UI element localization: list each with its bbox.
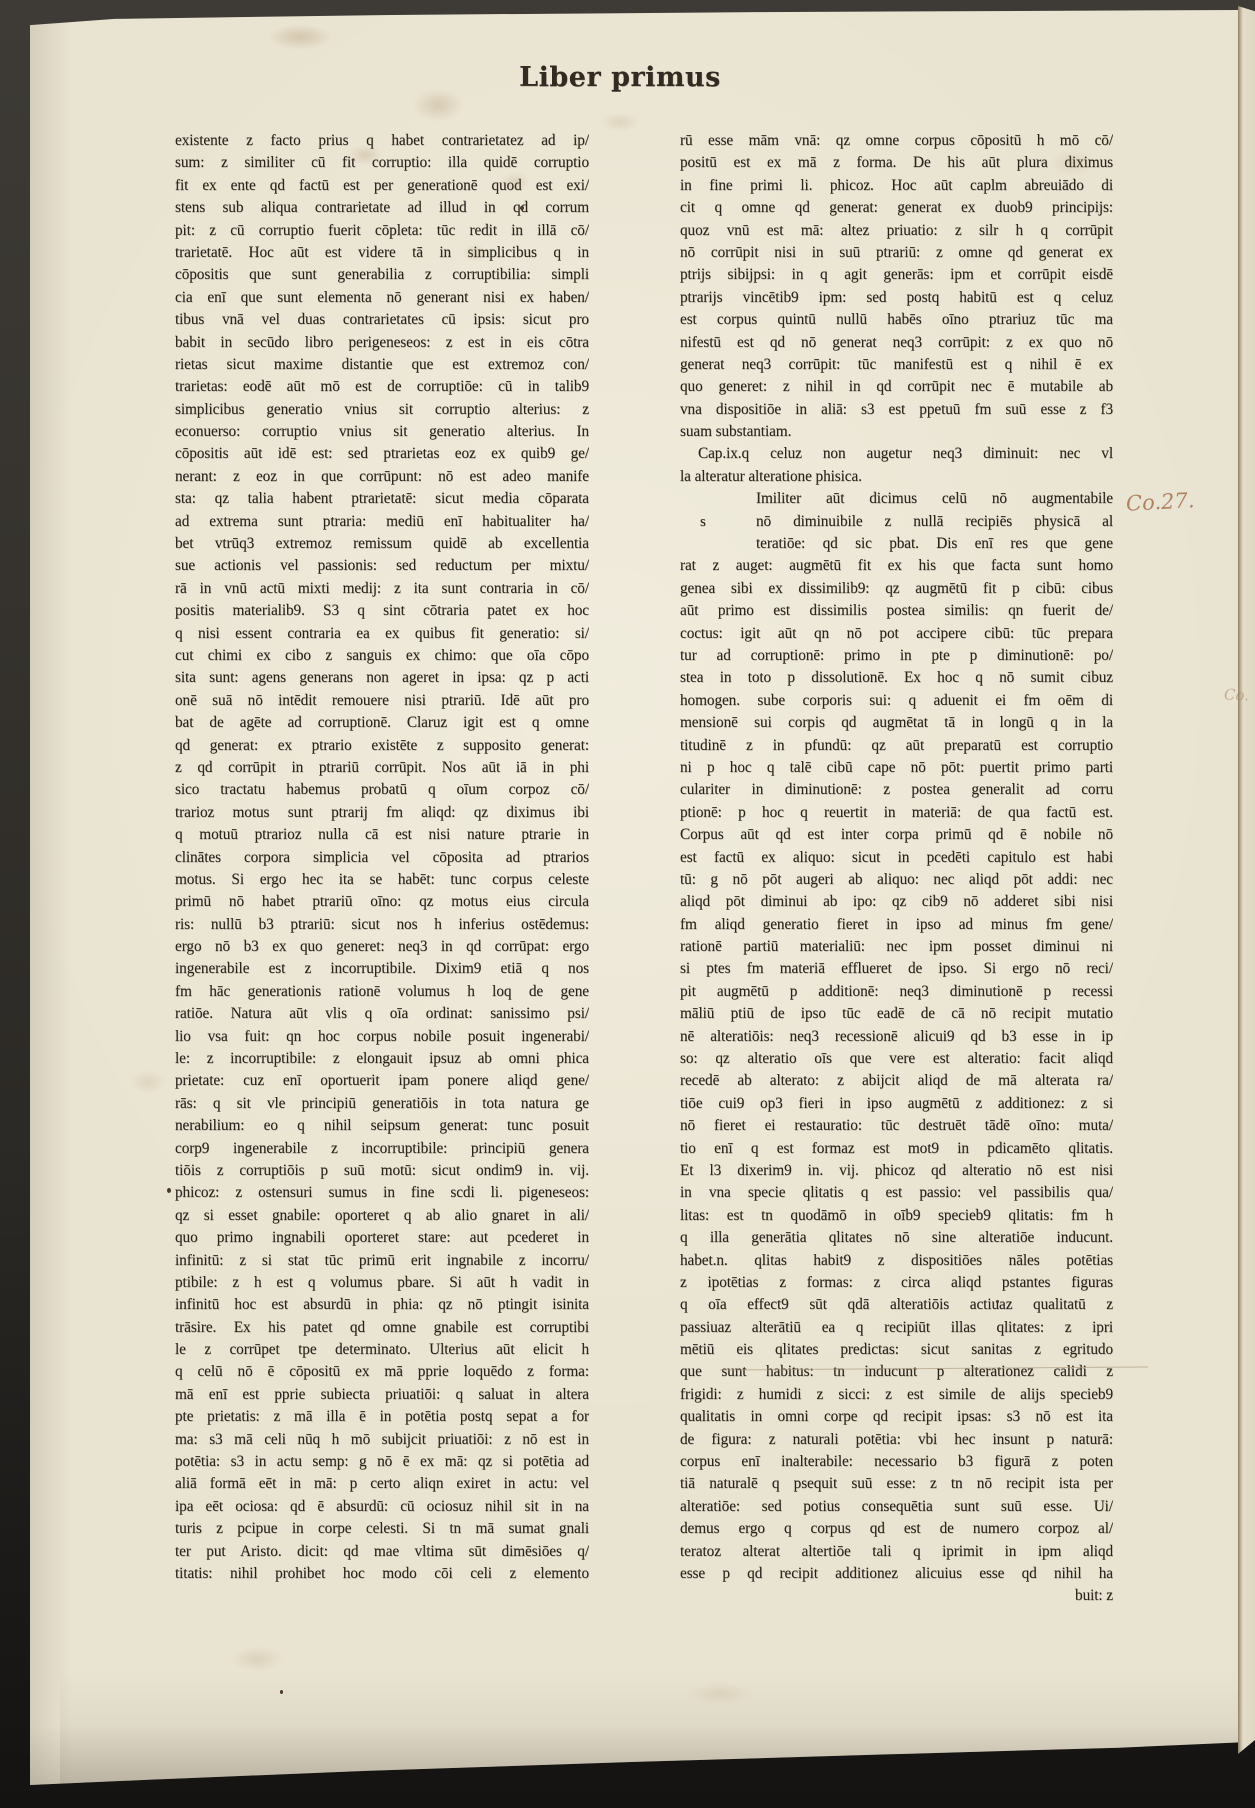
text-line: nerant: z eoz in que corrūpunt: nō est a… xyxy=(175,466,589,488)
text-line: generat neq3 corrūpit: tūc manifestū est… xyxy=(680,354,1113,376)
text-line: simplicibus generatio vnius sit corrupti… xyxy=(175,399,589,421)
text-line: trāsire. Ex his patet qd omne gnabile es… xyxy=(175,1317,589,1339)
text-line: alteratiōe: sed potius consequētia sunt … xyxy=(680,1496,1113,1518)
text-line: qualitatis in omni corpe qd recipit ipsa… xyxy=(680,1406,1113,1428)
text-line: pte prietatis: z mā illa ē in potētia po… xyxy=(175,1406,589,1428)
text-line: infinitū: z si stat tūc primū erit ingna… xyxy=(175,1250,589,1272)
text-line: ni p hoc q talē cibū cape nō pōt: puerti… xyxy=(680,757,1113,779)
text-line: recedē ab alterato: z abijcit aliqd de m… xyxy=(680,1070,1113,1092)
text-line: in vna specie qlitatis q est passio: vel… xyxy=(680,1182,1113,1204)
text-line: tio enī q est formaz est mot9 in pdicamē… xyxy=(680,1138,1113,1160)
text-line: nō fieret ei restauratio: tūc destruēt t… xyxy=(680,1115,1113,1137)
text-line: tiā naturalē q psequit suū esse: z tn nō… xyxy=(680,1473,1113,1495)
text-line: tur ad corruptionē: primo in pte p dimin… xyxy=(680,645,1113,667)
text-line: positis materialib9. S3 q sint cōtraria … xyxy=(175,600,589,622)
paragraph-end-line: suam substantiam. xyxy=(680,421,1113,443)
text-column-right: rū esse mām vnā: qz omne corpus cōpositū… xyxy=(680,130,1113,1608)
text-line: prietate: cuz enī oportuerit ipam ponere… xyxy=(175,1070,589,1092)
text-line: ris: nullū b3 ptrariū: sicut nos h infer… xyxy=(175,914,589,936)
text-line: q motuū ptrarioz nulla cā est nisi natur… xyxy=(175,824,589,846)
text-line: phicoz: z ostensuri sumus in fine scdi l… xyxy=(175,1182,589,1204)
text-line: cut chimi ex cibo z sanguis ex chimo: qu… xyxy=(175,645,589,667)
text-line: ergo nō b3 ex quo generet: neq3 in qd co… xyxy=(175,936,589,958)
running-title: Liber primus xyxy=(490,62,750,93)
text-line: sum: z similiter cū fit corruptio: illa … xyxy=(175,152,589,174)
paragraph-block: Imiliter aūt dicimus celū nō augmentabil… xyxy=(756,488,1113,555)
page-bottom-shadow xyxy=(60,1670,1255,1800)
text-line: le: z incorruptibile: z elongauit ipsuz … xyxy=(175,1048,589,1070)
text-line: rā in vnū actū mixti medij: z ita sunt c… xyxy=(175,578,589,600)
text-line: stea in toto p dissolutionē. Ex hoc q nō… xyxy=(680,667,1113,689)
text-line: teratoz alterat altertiōe tali q iprimit… xyxy=(680,1541,1113,1563)
text-line: econuerso: corruptio vnius sit generatio… xyxy=(175,421,589,443)
text-line: Et l3 dixerim9 in. vij. phicoz qd altera… xyxy=(680,1160,1113,1182)
text-line: passiuaz alterātiū ea q recipiūt illas q… xyxy=(680,1317,1113,1339)
text-line: est factū ex aliquo: sicut in pcedēti ca… xyxy=(680,847,1113,869)
text-line: q nisi essent contraria ea ex quibus fit… xyxy=(175,623,589,645)
text-line: z qd corrūpit in ptrariū corrūpit. Nos a… xyxy=(175,757,589,779)
text-line: fm hāc generationis rationē volumus h lo… xyxy=(175,981,589,1003)
text-line: est corpus quintū nullū habēs oīno ptrar… xyxy=(680,309,1113,331)
text-line: de figura: z naturali potētia: vbi hec i… xyxy=(680,1429,1113,1451)
initial-guide-letter: s xyxy=(700,514,706,531)
text-line: mā enī est pprie subiecta priuatiōi: q s… xyxy=(175,1384,589,1406)
text-line: bat de agēte ad corruptionē. Claruz igit… xyxy=(175,712,589,734)
text-line: q oīa effect9 sūt qdā alteratiōis actiua… xyxy=(680,1294,1113,1316)
text-line: māliū ptiū de ipso tūc eadē de cā nō rec… xyxy=(680,1003,1113,1025)
text-line: litas: est tn quodāmō in oīb9 specieb9 q… xyxy=(680,1205,1113,1227)
text-line: q celū nō ē cōpositū ex mā pprie loquēdo… xyxy=(175,1361,589,1383)
text-line: demus ergo q corpus qd est de numero cor… xyxy=(680,1518,1113,1540)
catchword-line: buit: z xyxy=(680,1585,1113,1607)
text-line: tiōe cui9 op3 fieri in ipso augmētū z ad… xyxy=(680,1093,1113,1115)
text-line: tiōis z corruptiōis p suū motū: sicut on… xyxy=(175,1160,589,1182)
text-line: onē suā nō intēdit remouere nisi ptrariū… xyxy=(175,690,589,712)
text-line: ingenerabile est z incorruptibile. Dixim… xyxy=(175,958,589,980)
text-line: teratiōe: qd sic pbat. Dis enī res que g… xyxy=(756,533,1113,555)
text-line: cōpositis que sunt generabilia z corrupt… xyxy=(175,264,589,286)
text-line: nē alteratiōis: neq3 recessionē alicui9 … xyxy=(680,1026,1113,1048)
text-line: turis z pcipue in corpe celesti. Si tn m… xyxy=(175,1518,589,1540)
text-line: ptibile: z h est q volumus pbare. Si aūt… xyxy=(175,1272,589,1294)
text-line: trarietas: eodē aūt mō est de corruptiōe… xyxy=(175,376,589,398)
text-line: motus. Si ergo hec ita se habēt: tunc co… xyxy=(175,869,589,891)
text-line: pit: z cū corruptio fuerit cōpleta: tūc … xyxy=(175,220,589,242)
text-line: titatis: nihil prohibet hoc modo cōi cel… xyxy=(175,1563,589,1585)
handwritten-marginalia: Co.27. xyxy=(1125,488,1195,516)
text-line: positū est ex mā z forma. De his aūt plu… xyxy=(680,152,1113,174)
text-line: fit ex ente qd factū est per generationē… xyxy=(175,175,589,197)
paragraph-block: existente z facto prius q habet contrari… xyxy=(175,130,589,1585)
text-line: nerabilium: eo q nihil seipsum generat: … xyxy=(175,1115,589,1137)
text-line: mensionē sui corpis qd augmētat tā in lo… xyxy=(680,712,1113,734)
text-line: rietas sicut maxime distantie que est ex… xyxy=(175,354,589,376)
text-line: quo primo ingnabili oporteret stare: aut… xyxy=(175,1227,589,1249)
text-line: aliqd pōt diminui ab ipo: qz cib9 nō add… xyxy=(680,891,1113,913)
chapter-heading-line: la alteratur alteratione phisica. xyxy=(680,466,1113,488)
text-line: bet vtrūq3 extremoz remissum quidē ab ex… xyxy=(175,533,589,555)
text-line: sta: qz talia habent ptrarietatē: sicut … xyxy=(175,488,589,510)
text-line: ptrijs sibijpsi: in q agit generās: ipm … xyxy=(680,264,1113,286)
text-line: aliā formā eēt in mā: p certo aliqn exir… xyxy=(175,1473,589,1495)
text-line: rū esse mām vnā: qz omne corpus cōpositū… xyxy=(680,130,1113,152)
text-line: cōpositis aūt idē est: sed ptrarietas eo… xyxy=(175,443,589,465)
text-line: babit in secūdo libro perigeneseos: z es… xyxy=(175,332,589,354)
text-line: Imiliter aūt dicimus celū nō augmentabil… xyxy=(756,488,1113,510)
text-line: lio vsa fuit: qn hoc corpus nobile posui… xyxy=(175,1026,589,1048)
initial-letter-block: s Imiliter aūt dicimus celū nō augmentab… xyxy=(680,488,1113,555)
chapter-heading-line: Cap.ix.q celuz non augetur neq3 diminuit… xyxy=(680,443,1113,465)
text-line: coctus: igit aūt qn nō pot accipere cibū… xyxy=(680,623,1113,645)
text-line: rationē partiū materialiū: nec ipm posse… xyxy=(680,936,1113,958)
text-line: clinātes corpora simplicia vel cōposita … xyxy=(175,847,589,869)
text-line: trarioz motus sunt ptrarij fm aliqd: qz … xyxy=(175,802,589,824)
text-line: rās: q sit vle principiū generatiōis in … xyxy=(175,1093,589,1115)
text-line: nō corrūpit nisi in suū ptrariū: z omne … xyxy=(680,242,1113,264)
text-line: potētia: s3 in actu semp: g nō ē ex mā: … xyxy=(175,1451,589,1473)
text-line: le z corrūpet tpe determinato. Ulterius … xyxy=(175,1339,589,1361)
text-line: titudinē z in pfundū: qz aūt preparatū e… xyxy=(680,735,1113,757)
text-line: ad extrema sunt ptraria: mediū enī habit… xyxy=(175,511,589,533)
text-line: homogen. sube corporis sui: q aduenit ei… xyxy=(680,690,1113,712)
text-line: ter put Aristo. dicit: qd mae vltima sūt… xyxy=(175,1541,589,1563)
text-line: quoz vnū est mā: altez priuatio: z silr … xyxy=(680,220,1113,242)
text-line: aūt primo est dissimilis postea similis:… xyxy=(680,600,1113,622)
text-line: nifestū est qd nō generat neq3 corrūpit:… xyxy=(680,332,1113,354)
paragraph-block: rū esse mām vnā: qz omne corpus cōpositū… xyxy=(680,130,1113,421)
text-line: infinitū hoc est absurdū in phia: qz nō … xyxy=(175,1294,589,1316)
text-line: ptrarijs vincētib9 ipm: sed postq habitū… xyxy=(680,287,1113,309)
text-line: esse p qd recipit additionez alicuius es… xyxy=(680,1563,1113,1585)
text-line: sico tractatu habemus probatū q oīum cor… xyxy=(175,779,589,801)
text-line: tibus vnā vel duas contrarietates cū ips… xyxy=(175,309,589,331)
text-line: in fine primi li. phicoz. Hoc aūt caplm … xyxy=(680,175,1113,197)
text-line: ipa eēt ociosa: qd ē absurdū: cū ociosuz… xyxy=(175,1496,589,1518)
text-line: existente z facto prius q habet contrari… xyxy=(175,130,589,152)
text-line: habet.n. qlitas habit9 z dispositiōes nā… xyxy=(680,1250,1113,1272)
text-line: mētiū eis qlitates predictas: sicut sani… xyxy=(680,1339,1113,1361)
text-line: sita sunt: agens generans non ageret in … xyxy=(175,667,589,689)
text-line: que sunt habitus: tn inducunt p alterati… xyxy=(680,1361,1113,1383)
text-line: primū nō habet ptrariū oīno: qz motus ei… xyxy=(175,891,589,913)
paragraph-block: rat z auget: augmētū fit ex his que fact… xyxy=(680,555,1113,1585)
text-line: culariter in diminutionē: z postea gener… xyxy=(680,779,1113,801)
scan-background: Liber primus existente z facto prius q h… xyxy=(0,0,1255,1808)
text-column-left: existente z facto prius q habet contrari… xyxy=(175,130,589,1585)
text-line: cit q omne qd generat: generat ex duob9 … xyxy=(680,197,1113,219)
text-line: ratiōe. Natura aūt vlis q oīa ordinat: s… xyxy=(175,1003,589,1025)
text-line: q illa generātia qlitates nō sine altera… xyxy=(680,1227,1113,1249)
next-leaf-edge xyxy=(1238,6,1255,1754)
text-line: qz si esset gnabile: oporteret q ab alio… xyxy=(175,1205,589,1227)
text-line: fm aliqd generatio fieret in ipso ad min… xyxy=(680,914,1113,936)
text-line: ptionē: p hoc q reuertit in materiā: de … xyxy=(680,802,1113,824)
text-line: vna dispositiōe in aliā: s3 est ppetuū f… xyxy=(680,399,1113,421)
text-line: rat z auget: augmētū fit ex his que fact… xyxy=(680,555,1113,577)
text-line: nō diminuibile z nullā recipiēs physicā … xyxy=(756,511,1113,533)
text-line: corpus enī inalterabile: necessario b3 f… xyxy=(680,1451,1113,1473)
text-line: ma: s3 mā celi nūq h mō subijcit priuati… xyxy=(175,1429,589,1451)
text-line: qd generat: ex ptrario existēte z suppos… xyxy=(175,735,589,757)
handwritten-marginalia-faint: Co. xyxy=(1224,686,1250,705)
text-line: z ipotētias z formas: z circa aliqd psta… xyxy=(680,1272,1113,1294)
text-line: so: qz alteratio oīs que vere est altera… xyxy=(680,1048,1113,1070)
text-line: sue actionis vel passionis: sed reductum… xyxy=(175,555,589,577)
text-line: tū: g nō pōt augeri ab aliquo: nec aliqd… xyxy=(680,869,1113,891)
text-line: frigidi: z humidi z sicci: z est simile … xyxy=(680,1384,1113,1406)
text-line: pit augmētū p additionē: neq3 diminution… xyxy=(680,981,1113,1003)
text-line: stens sub aliqua contrarietate ad illud … xyxy=(175,197,589,219)
text-line: corp9 ingenerabile z incorruptibile: pri… xyxy=(175,1138,589,1160)
text-line: cia enī que sunt elementa nō generant ni… xyxy=(175,287,589,309)
text-line: quo generet: z nihil in qd corrūpit nec … xyxy=(680,376,1113,398)
text-line: genea sibi ex dissimilib9: qz augmētū fi… xyxy=(680,578,1113,600)
text-line: Corpus aūt qd est inter corpa primū qd ē… xyxy=(680,824,1113,846)
text-line: si ptes fm materiā efflueret de ipso. Si… xyxy=(680,958,1113,980)
book-page: Liber primus existente z facto prius q h… xyxy=(30,10,1240,1785)
text-line: trarietatē. Hoc aūt est videre tā in sim… xyxy=(175,242,589,264)
